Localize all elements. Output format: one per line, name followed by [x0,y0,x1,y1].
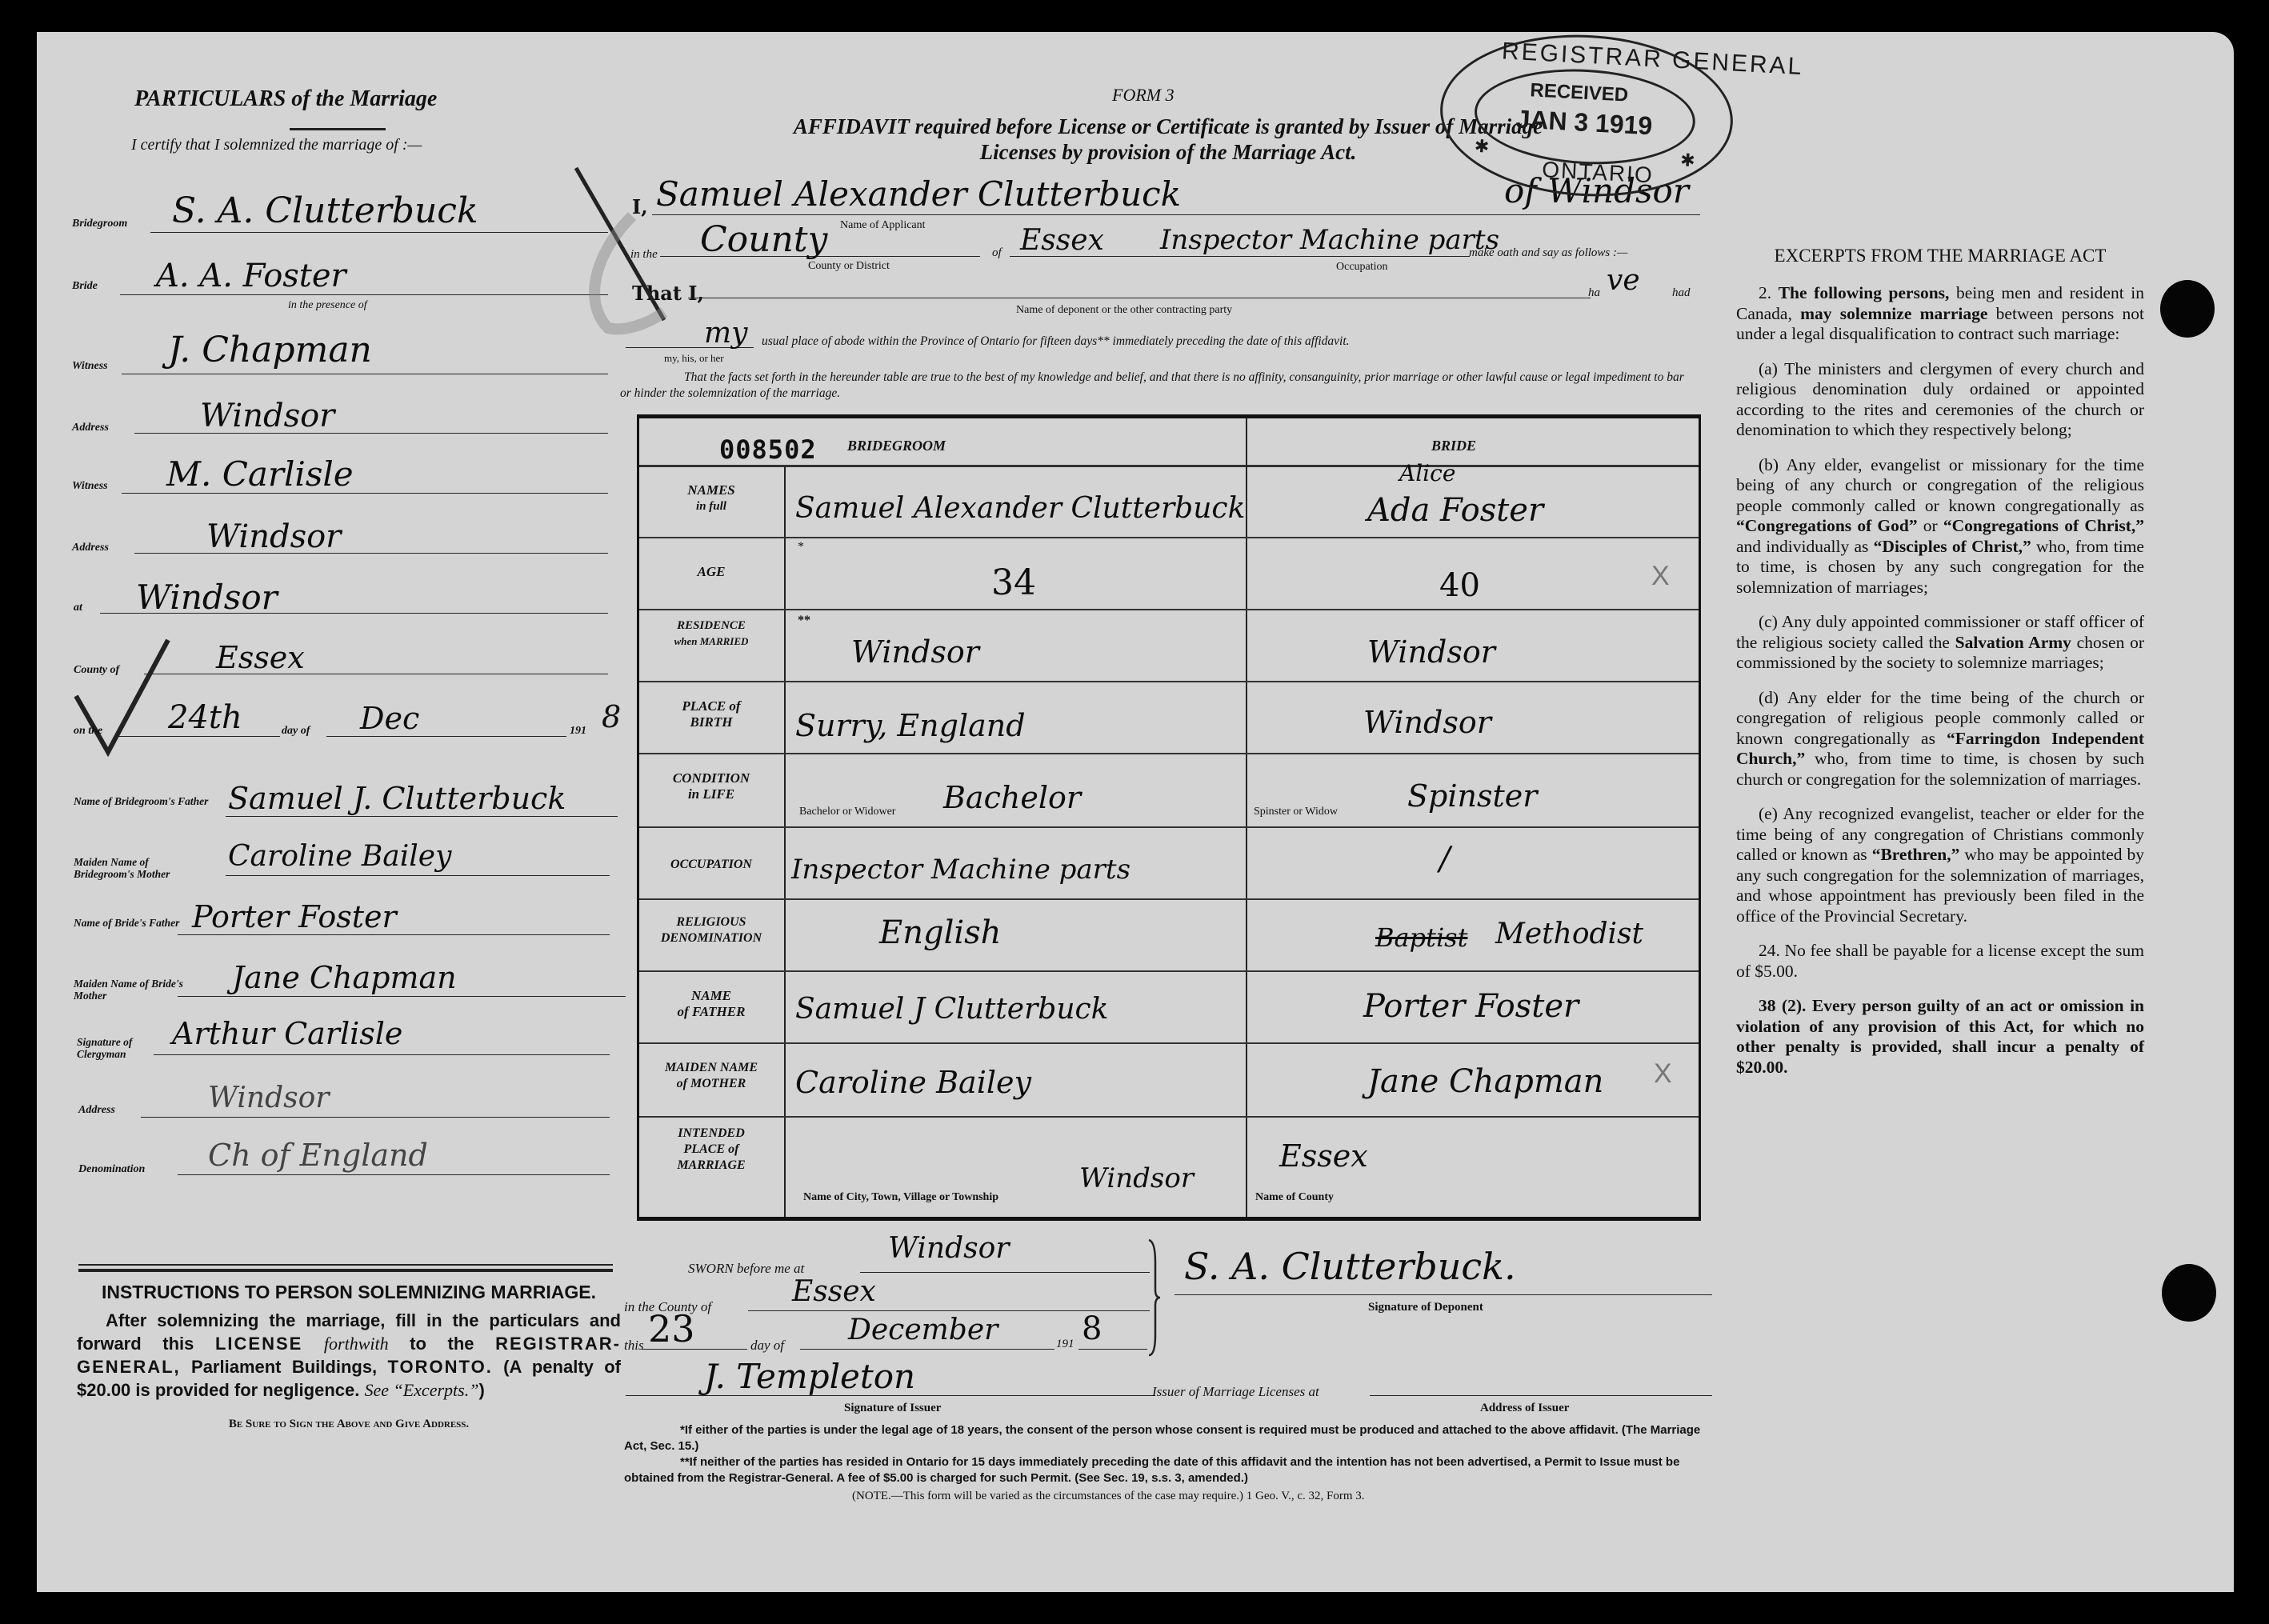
footnote-double-star: ** [798,614,810,628]
row-label-residence: RESIDENCEwhen MARRIED [639,618,783,649]
issuer-signature: J. Templeton [704,1357,915,1396]
sworn-year-prefix: 191 [1056,1338,1074,1351]
row-divider [639,898,1699,900]
bride-condition-caption: Spinster or Widow [1254,806,1338,818]
excerpts-title: EXCERPTS FROM THE MARRIAGE ACT [1736,245,2144,267]
bride-mother: Jane Chapman [1367,1063,1603,1100]
date-day-line [114,736,280,737]
row-divider [639,826,1699,828]
date-year-value: 8 [602,699,621,734]
my-value: my [704,317,747,350]
groom-age: 34 [991,562,1036,603]
groom-religion: English [879,914,1001,951]
header-divider [639,465,1699,467]
form-note: (NOTE.—This form will be varied as the c… [852,1490,1365,1503]
witness-2-value: M. Carlisle [166,454,354,494]
bracket-icon [1146,1238,1162,1357]
punch-hole-top [2160,280,2215,338]
row-divider [639,1116,1699,1118]
row-label-mother: MAIDEN NAMEof MOTHER [639,1060,783,1092]
instructions-divider-thin [78,1264,613,1266]
denomination-line [178,1174,610,1175]
row-divider [639,681,1699,682]
had-label: had [1672,286,1691,300]
instructions-divider-thick [78,1269,613,1272]
bride-age: 40 [1439,567,1480,604]
intended-county-caption: Name of County [1255,1191,1334,1204]
witness-1-address-label: Address [72,422,109,434]
particulars-table: 008502 BRIDEGROOM BRIDE NAMESin full Sam… [637,414,1701,1221]
section-2d: (d) Any elder for the time being of the … [1736,688,2144,790]
sworn-year-line [1078,1349,1147,1350]
bride-religion: Methodist [1495,918,1643,950]
row-divider [639,970,1699,972]
issuer-address-caption: Address of Issuer [1480,1402,1569,1415]
sworn-year-value: 8 [1082,1310,1102,1347]
row-label-condition: CONDITIONin LIFE [639,770,783,802]
sworn-county-value: Essex [792,1275,876,1308]
excerpts-block: EXCERPTS FROM THE MARRIAGE ACT 2. The fo… [1736,245,2144,1092]
clergyman-signature-value: Arthur Carlisle [172,1016,402,1051]
of-label: of [992,246,1002,260]
row-label-religion: RELIGIOUSDENOMINATION [639,914,783,946]
my-caption: my, his, or her [664,352,724,365]
footnote-star: * [798,540,804,554]
instructions-block: INSTRUCTIONS TO PERSON SOLEMNIZING MARRI… [77,1280,621,1436]
witness-1-address-value: Windsor [200,398,334,434]
occupation-caption: Occupation [1336,261,1388,274]
groom-mother: Caroline Bailey [795,1065,1031,1100]
county-value: Essex [216,640,305,675]
applicant-line [652,214,1700,215]
title-divider [290,128,386,130]
place-at-label: at [74,602,82,614]
witness-1-line [122,374,608,374]
bride-mother-label: Maiden Name of Bride's Mother [74,978,210,1002]
particulars-title: PARTICULARS of the Marriage [134,86,437,112]
bride-father-line [178,934,610,935]
groom-residence: Windsor [851,634,979,670]
row-label-father: NAMEof FATHER [639,988,783,1020]
serial-number: 008502 [719,434,817,465]
groom-condition-caption: Bachelor or Widower [799,806,895,818]
groom-mother-value: Caroline Bailey [228,840,451,873]
certify-text: I certify that I solemnized the marriage… [131,136,422,154]
deponent-line [688,298,1591,298]
date-day-value: 24th [168,699,242,736]
row-label-occupation: OCCUPATION [639,857,783,873]
bride-line [120,294,608,295]
sworn-at-value: Windsor [888,1232,1009,1265]
clergyman-address-label: Address [78,1104,115,1117]
deponent-signature: S. A. Clutterbuck. [1184,1245,1516,1288]
witness-2-address-label: Address [72,542,109,554]
issuer-at-label: Issuer of Marriage Licenses at [1152,1384,1319,1400]
county-district-value: County [700,219,827,260]
issuer-signature-line [626,1395,1155,1396]
groom-mother-line [226,875,610,876]
deponent-caption: Name of deponent or the other contractin… [1016,304,1232,317]
bridegroom-line [150,232,608,233]
footnote-1: *If either of the parties is under the l… [624,1422,1712,1454]
row-label-names: NAMESin full [639,482,783,514]
date-on-label: on the [74,725,102,738]
groom-father: Samuel J Clutterbuck [795,993,1108,1026]
sworn-label: SWORN before me at [688,1261,804,1277]
clergyman-signature-line [154,1054,610,1055]
county-line [144,674,608,674]
presence-caption: in the presence of [288,299,367,312]
have-label: ha [1588,286,1600,300]
intended-city-caption: Name of City, Town, Village or Township [803,1191,998,1204]
groom-father-label: Name of Bridegroom's Father [74,795,210,807]
bride-occupation: / [1439,841,1450,878]
groom-father-line [226,816,618,817]
issuer-caption: Signature of Issuer [844,1402,941,1415]
bridegroom-value: S. A. Clutterbuck [172,190,478,231]
sworn-day-value: 23 [648,1307,695,1350]
place-at-value: Windsor [136,578,278,617]
bride-condition: Spinster [1407,778,1537,814]
row-divider [639,609,1699,610]
abode-text: usual place of abode within the Province… [762,334,1350,349]
stamp-star-icon: ✱ [1680,150,1696,171]
section-2c: (c) Any duly appointed commissioner or s… [1736,612,2144,674]
sworn-at-line [860,1272,1150,1273]
instructions-title: INSTRUCTIONS TO PERSON SOLEMNIZING MARRI… [77,1280,621,1304]
county-district-caption: County or District [808,260,890,273]
cross-mark-icon [560,160,672,336]
footnote-2: **If neither of the parties has resided … [624,1454,1712,1486]
section-2: 2. The following persons, being men and … [1736,283,2144,345]
witness-2-address-line [134,553,608,554]
applicant-caption: Name of Applicant [840,219,926,232]
row-label-birthplace: PLACE ofBIRTH [639,698,783,730]
bride-name-insert: Alice [1399,460,1455,486]
groom-condition: Bachelor [943,780,1081,815]
row-divider [639,753,1699,754]
section-24: 24. No fee shall be payable for a licens… [1736,941,2144,982]
sworn-day-of-label: day of [750,1338,784,1354]
bride-value: A. A. Foster [156,258,346,294]
bride-father: Porter Foster [1363,988,1579,1025]
form-number: FORM 3 [1112,85,1175,106]
occupation-value: Inspector Machine parts [1160,224,1499,256]
bride-father-label: Name of Bride's Father [74,917,210,929]
clergyman-address-line [141,1117,610,1118]
applicant-name: Samuel Alexander Clutterbuck [656,174,1181,214]
groom-father-value: Samuel J. Clutterbuck [228,781,566,816]
bride-religion-struck: Baptist [1375,922,1467,953]
bride-label: Bride [72,280,98,293]
sign-reminder: Be Sure to Sign the Above and Give Addre… [77,1413,621,1436]
bride-birthplace: Windsor [1363,705,1491,740]
bride-mother-line [178,996,626,997]
section-2e: (e) Any recognized evangelist, teacher o… [1736,804,2144,926]
date-day-of-label: day of [282,725,310,738]
stamp-ontario-text: ONTARIO [1542,157,1655,188]
groom-occupation: Inspector Machine parts [791,854,1130,886]
clergyman-signature-label: Signature of Clergyman [77,1036,173,1060]
row-divider [639,1042,1699,1044]
bridegroom-label: Bridegroom [72,218,127,230]
row-divider [639,537,1699,538]
bride-full-name: Ada Foster [1367,492,1543,529]
row-label-intended-place: INTENDEDPLACE of MARRIAGE [639,1126,783,1174]
deponent-signature-line [1175,1294,1712,1295]
deponent-caption: Signature of Deponent [1368,1301,1483,1314]
groom-full-name: Samuel Alexander Clutterbuck [795,492,1245,525]
bride-residence: Windsor [1367,634,1495,670]
bridegroom-column-header: BRIDEGROOM [847,438,946,454]
witness-2-address-value: Windsor [206,518,341,555]
groom-birthplace: Surry, England [795,708,1026,743]
bride-father-value: Porter Foster [192,899,397,934]
witness-1-label: Witness [72,360,108,373]
make-oath-text: make oath and say as follows :— [1469,246,1627,260]
of-value: Essex [1020,224,1104,257]
intended-county-value: Essex [1279,1138,1368,1174]
issuer-address-line [1370,1395,1712,1396]
row-label-age: AGE [639,564,783,580]
instructions-body: After solemnizing the marriage, fill in … [77,1309,621,1402]
date-month-line [326,736,566,737]
section-38: 38 (2). Every person guilty of an act or… [1736,996,2144,1078]
stamp-star-icon: ✱ [1474,136,1490,158]
sworn-this-label: this [624,1338,644,1354]
bride-column-header: BRIDE [1431,438,1476,454]
age-x-mark: X [1651,561,1670,592]
denomination-label: Denomination [78,1163,145,1176]
section-2a: (a) The ministers and clergymen of every… [1736,359,2144,441]
label-column-divider [784,466,786,1217]
checkmark-icon [72,632,176,760]
sworn-month-line [800,1349,1054,1350]
witness-1-value: J. Chapman [168,330,372,370]
groom-mother-label: Maiden Name of Bridegroom's Mother [74,856,210,880]
witness-2-label: Witness [72,480,108,493]
section-2b: (b) Any elder, evangelist or missionary … [1736,455,2144,598]
bride-mother-value: Jane Chapman [232,960,457,995]
facts-text: That the facts set forth in the hereunde… [620,370,1696,402]
date-year-prefix: 191 [570,725,586,738]
date-month-value: Dec [360,701,419,736]
intended-city-value: Windsor [1079,1162,1194,1194]
have-value: ve [1607,264,1640,297]
mother-x-mark: X [1654,1058,1672,1090]
sworn-month-value: December [848,1314,998,1346]
punch-hole-bottom [2162,1264,2216,1322]
denomination-value: Ch of England [208,1138,428,1173]
clergyman-address-value: Windsor [208,1082,329,1114]
